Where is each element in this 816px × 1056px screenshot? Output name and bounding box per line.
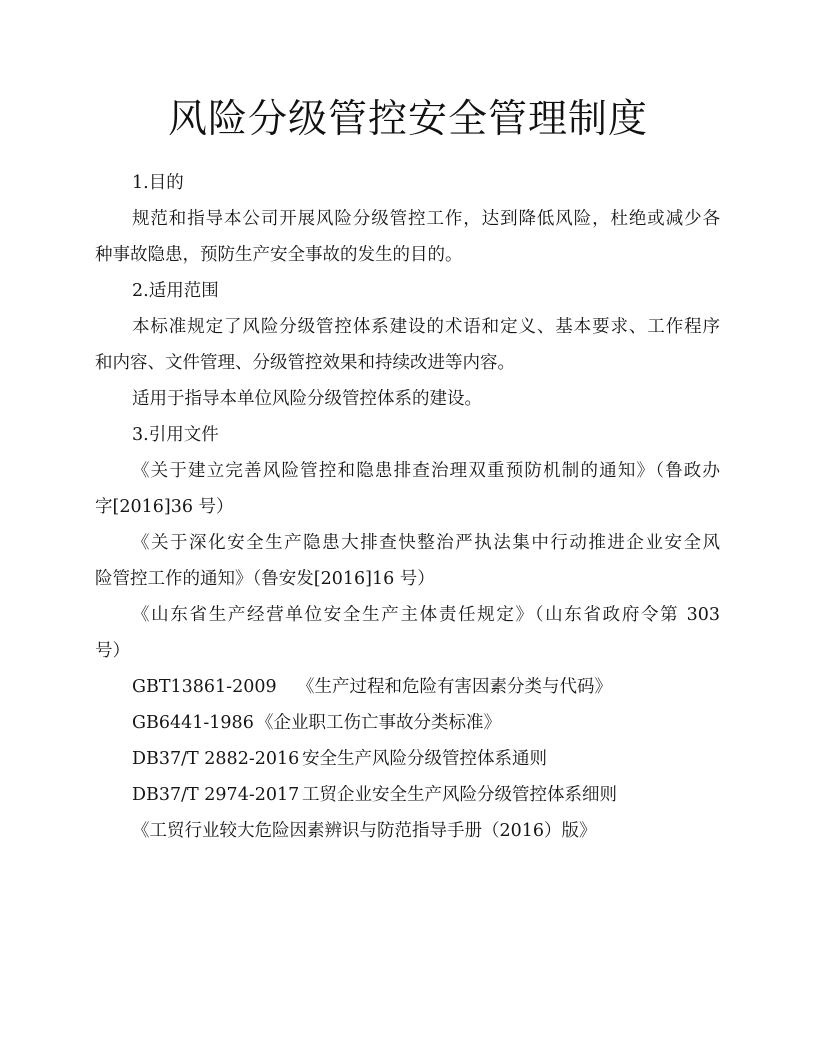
reference-standard: GB6441-1986《企业职工伤亡事故分类标准》 xyxy=(132,712,501,734)
standard-code: DB37/T 2882-2016 xyxy=(132,748,302,770)
standard-name: 安全生产风险分级管控体系通则 xyxy=(302,749,547,769)
standard-code: GB6441-1986 xyxy=(132,712,256,734)
paragraph-line: 和内容、文件管理、分级管控效果和持续改进等内容。 xyxy=(95,352,515,374)
reference-standard: DB37/T 2974-2017工贸企业安全生产风险分级管控体系细则 xyxy=(132,784,617,806)
paragraph-line: 本标准规定了风险分级管控体系建设的术语和定义、基本要求、工作程序 xyxy=(132,316,720,338)
document-page: 风险分级管控安全管理制度 1.目的 规范和指导本公司开展风险分级管控工作，达到降… xyxy=(0,0,816,1056)
reference-line: 《关于建立完善风险管控和隐患排查治理双重预防机制的通知》（鲁政办 xyxy=(132,460,720,482)
section-heading-scope: 2.适用范围 xyxy=(132,280,219,302)
reference-line: 《关于深化安全生产隐患大排查快整治严执法集中行动推进企业安全风 xyxy=(132,532,720,554)
paragraph-line: 规范和指导本公司开展风险分级管控工作，达到降低风险，杜绝或减少各 xyxy=(132,208,720,230)
standard-code: DB37/T 2974-2017 xyxy=(132,784,302,806)
standard-name: 《企业职工伤亡事故分类标准》 xyxy=(256,713,501,733)
reference-line: 字[2016]36 号） xyxy=(95,496,234,518)
reference-line: 《山东省生产经营单位安全生产主体责任规定》（山东省政府令第 303 xyxy=(132,604,720,626)
paragraph-line: 适用于指导本单位风险分级管控体系的建设。 xyxy=(132,388,482,410)
section-heading-references: 3.引用文件 xyxy=(132,424,219,446)
reference-line: 《工贸行业较大危险因素辨识与防范指导手册（2016）版》 xyxy=(132,820,597,842)
standard-name: 《生产过程和危险有害因素分类与代码》 xyxy=(297,677,612,697)
reference-line: 号） xyxy=(95,640,130,662)
standard-name: 工贸企业安全生产风险分级管控体系细则 xyxy=(302,785,617,805)
paragraph-line: 种事故隐患，预防生产安全事故的发生的目的。 xyxy=(95,244,463,266)
document-title: 风险分级管控安全管理制度 xyxy=(0,92,816,148)
reference-standard: DB37/T 2882-2016安全生产风险分级管控体系通则 xyxy=(132,748,547,770)
reference-line: 险管控工作的通知》（鲁安发[2016]16 号） xyxy=(95,568,435,590)
standard-code: GBT13861-2009 xyxy=(132,676,297,698)
reference-standard: GBT13861-2009《生产过程和危险有害因素分类与代码》 xyxy=(132,676,612,698)
section-heading-purpose: 1.目的 xyxy=(132,172,184,194)
